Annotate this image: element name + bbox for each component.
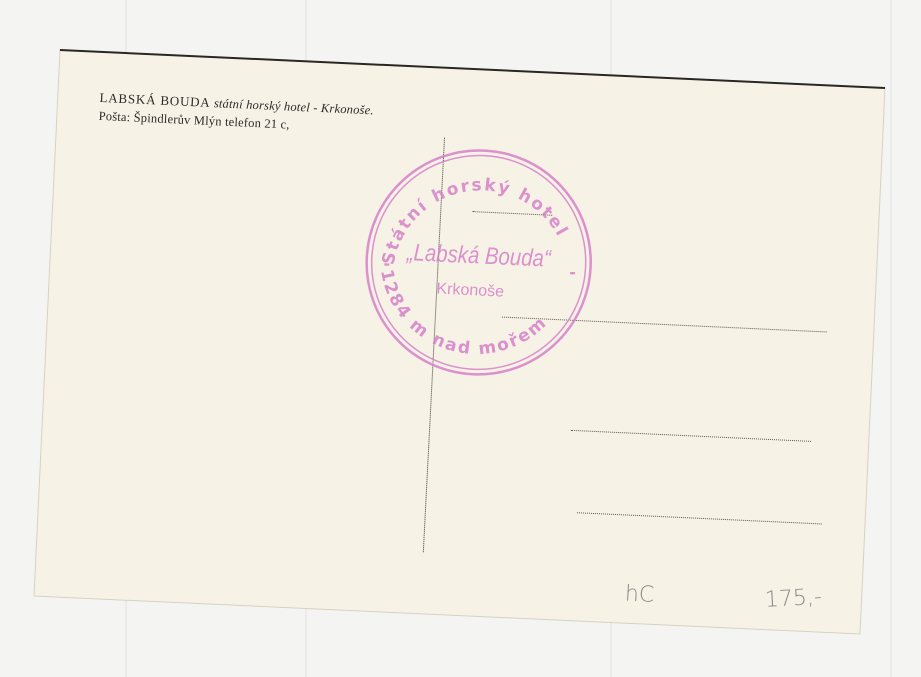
svg-text:-: - bbox=[569, 263, 579, 282]
address-line bbox=[577, 512, 822, 524]
hotel-name: LABSKÁ BOUDA bbox=[99, 90, 211, 110]
svg-text:-: - bbox=[383, 254, 393, 273]
handwritten-price: 175,- bbox=[764, 585, 822, 613]
handwritten-code: hC bbox=[624, 582, 655, 608]
scanned-postcard-back: LABSKÁ BOUDA státní horský hotel - Krkon… bbox=[0, 0, 921, 677]
postcard-content: LABSKÁ BOUDA státní horský hotel - Krkon… bbox=[32, 50, 885, 633]
stamp-center-title: „Labská Bouda“ bbox=[405, 239, 553, 273]
hotel-rubber-stamp: Státní horský hotel 1284 m nad mořem - -… bbox=[358, 142, 600, 382]
stamp-center-subtitle: Krkonoše bbox=[436, 281, 504, 301]
address-line bbox=[571, 430, 811, 442]
